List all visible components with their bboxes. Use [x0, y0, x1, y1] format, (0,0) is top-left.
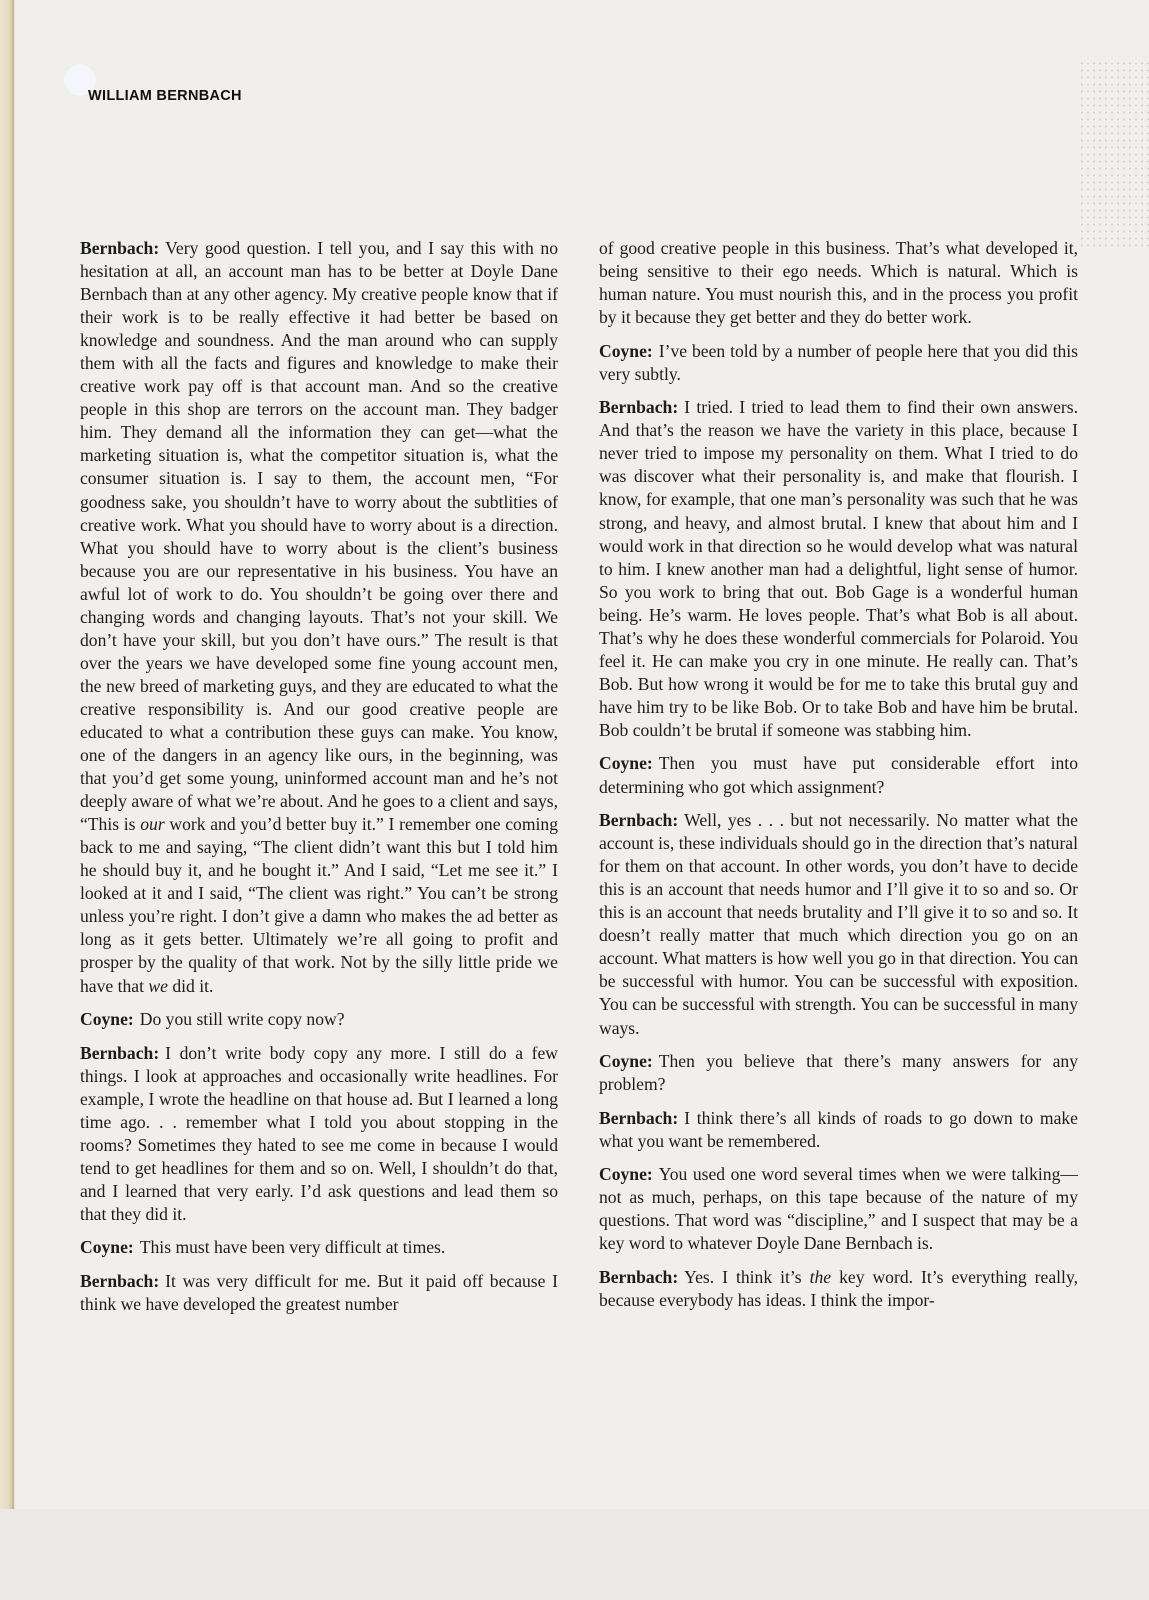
speaker-label: Bernbach:: [80, 1271, 159, 1291]
speaker-label: Coyne:: [599, 753, 653, 773]
paragraph-text: I don’t write body copy any more. I stil…: [80, 1043, 558, 1224]
paragraph-bernbach: Bernbach:Well, yes . . . but not necessa…: [599, 809, 1078, 1039]
speaker-label: Bernbach:: [80, 238, 159, 258]
paragraph-text: Then you believe that there’s many answe…: [599, 1051, 1078, 1094]
paragraph-text: Do you still write copy now?: [140, 1009, 345, 1029]
paragraph-text: I tried. I tried to lead them to find th…: [599, 397, 1078, 740]
book-page: WILLIAM BERNBACH Bernbach:Very good ques…: [0, 0, 1149, 1509]
paragraph-text: Then you must have put considerable effo…: [599, 753, 1078, 796]
paragraph-bernbach: Bernbach:It was very difficult for me. B…: [80, 1270, 558, 1316]
paragraph-bernbach: Bernbach:Yes. I think it’s the key word.…: [599, 1266, 1078, 1312]
paragraph-text: of good creative people in this business…: [599, 238, 1078, 327]
paragraph-text: You used one word several times when we …: [599, 1164, 1078, 1253]
paragraph-text: Yes. I think it’s: [684, 1267, 809, 1287]
speaker-label: Coyne:: [80, 1237, 134, 1257]
paragraph-bernbach: Bernbach:I don’t write body copy any mor…: [80, 1042, 558, 1226]
paragraph-coyne: Coyne:Do you still write copy now?: [80, 1008, 558, 1031]
right-column: of good creative people in this business…: [599, 237, 1078, 1323]
speaker-label: Bernbach:: [599, 1108, 678, 1128]
paragraph-continuation: of good creative people in this business…: [599, 237, 1078, 329]
speaker-label: Bernbach:: [80, 1043, 159, 1063]
speaker-label: Coyne:: [80, 1009, 134, 1029]
scan-speckle: [1079, 60, 1149, 250]
paragraph-text: work and you’d better buy it.” I remembe…: [80, 814, 558, 995]
speaker-label: Bernbach:: [599, 397, 678, 417]
speaker-label: Coyne:: [599, 1164, 653, 1184]
emphasis-text: we: [148, 976, 168, 996]
paragraph-bernbach: Bernbach:I think there’s all kinds of ro…: [599, 1107, 1078, 1153]
paragraph-bernbach: Bernbach:I tried. I tried to lead them t…: [599, 396, 1078, 742]
paragraph-text: Very good question. I tell you, and I sa…: [80, 238, 558, 834]
paragraph-text: This must have been very difficult at ti…: [140, 1237, 446, 1257]
paragraph-text: did it.: [168, 976, 213, 996]
paragraph-bernbach: Bernbach:Very good question. I tell you,…: [80, 237, 558, 998]
speaker-label: Bernbach:: [599, 810, 678, 830]
page-edge-line: [12, 0, 14, 1509]
paragraph-coyne: Coyne:I’ve been told by a number of peop…: [599, 340, 1078, 386]
paragraph-text: Well, yes . . . but not necessarily. No …: [599, 810, 1078, 1037]
paragraph-coyne: Coyne:Then you must have put considerabl…: [599, 752, 1078, 798]
speaker-label: Coyne:: [599, 1051, 653, 1071]
paragraph-coyne: Coyne:This must have been very difficult…: [80, 1236, 558, 1259]
paragraph-coyne: Coyne:You used one word several times wh…: [599, 1163, 1078, 1255]
paragraph-coyne: Coyne:Then you believe that there’s many…: [599, 1050, 1078, 1096]
running-head: WILLIAM BERNBACH: [88, 88, 242, 104]
emphasis-text: the: [810, 1267, 832, 1287]
speaker-label: Coyne:: [599, 341, 653, 361]
emphasis-text: our: [140, 814, 164, 834]
left-column: Bernbach:Very good question. I tell you,…: [80, 237, 558, 1327]
speaker-label: Bernbach:: [599, 1267, 678, 1287]
paragraph-text: I’ve been told by a number of people her…: [599, 341, 1078, 384]
